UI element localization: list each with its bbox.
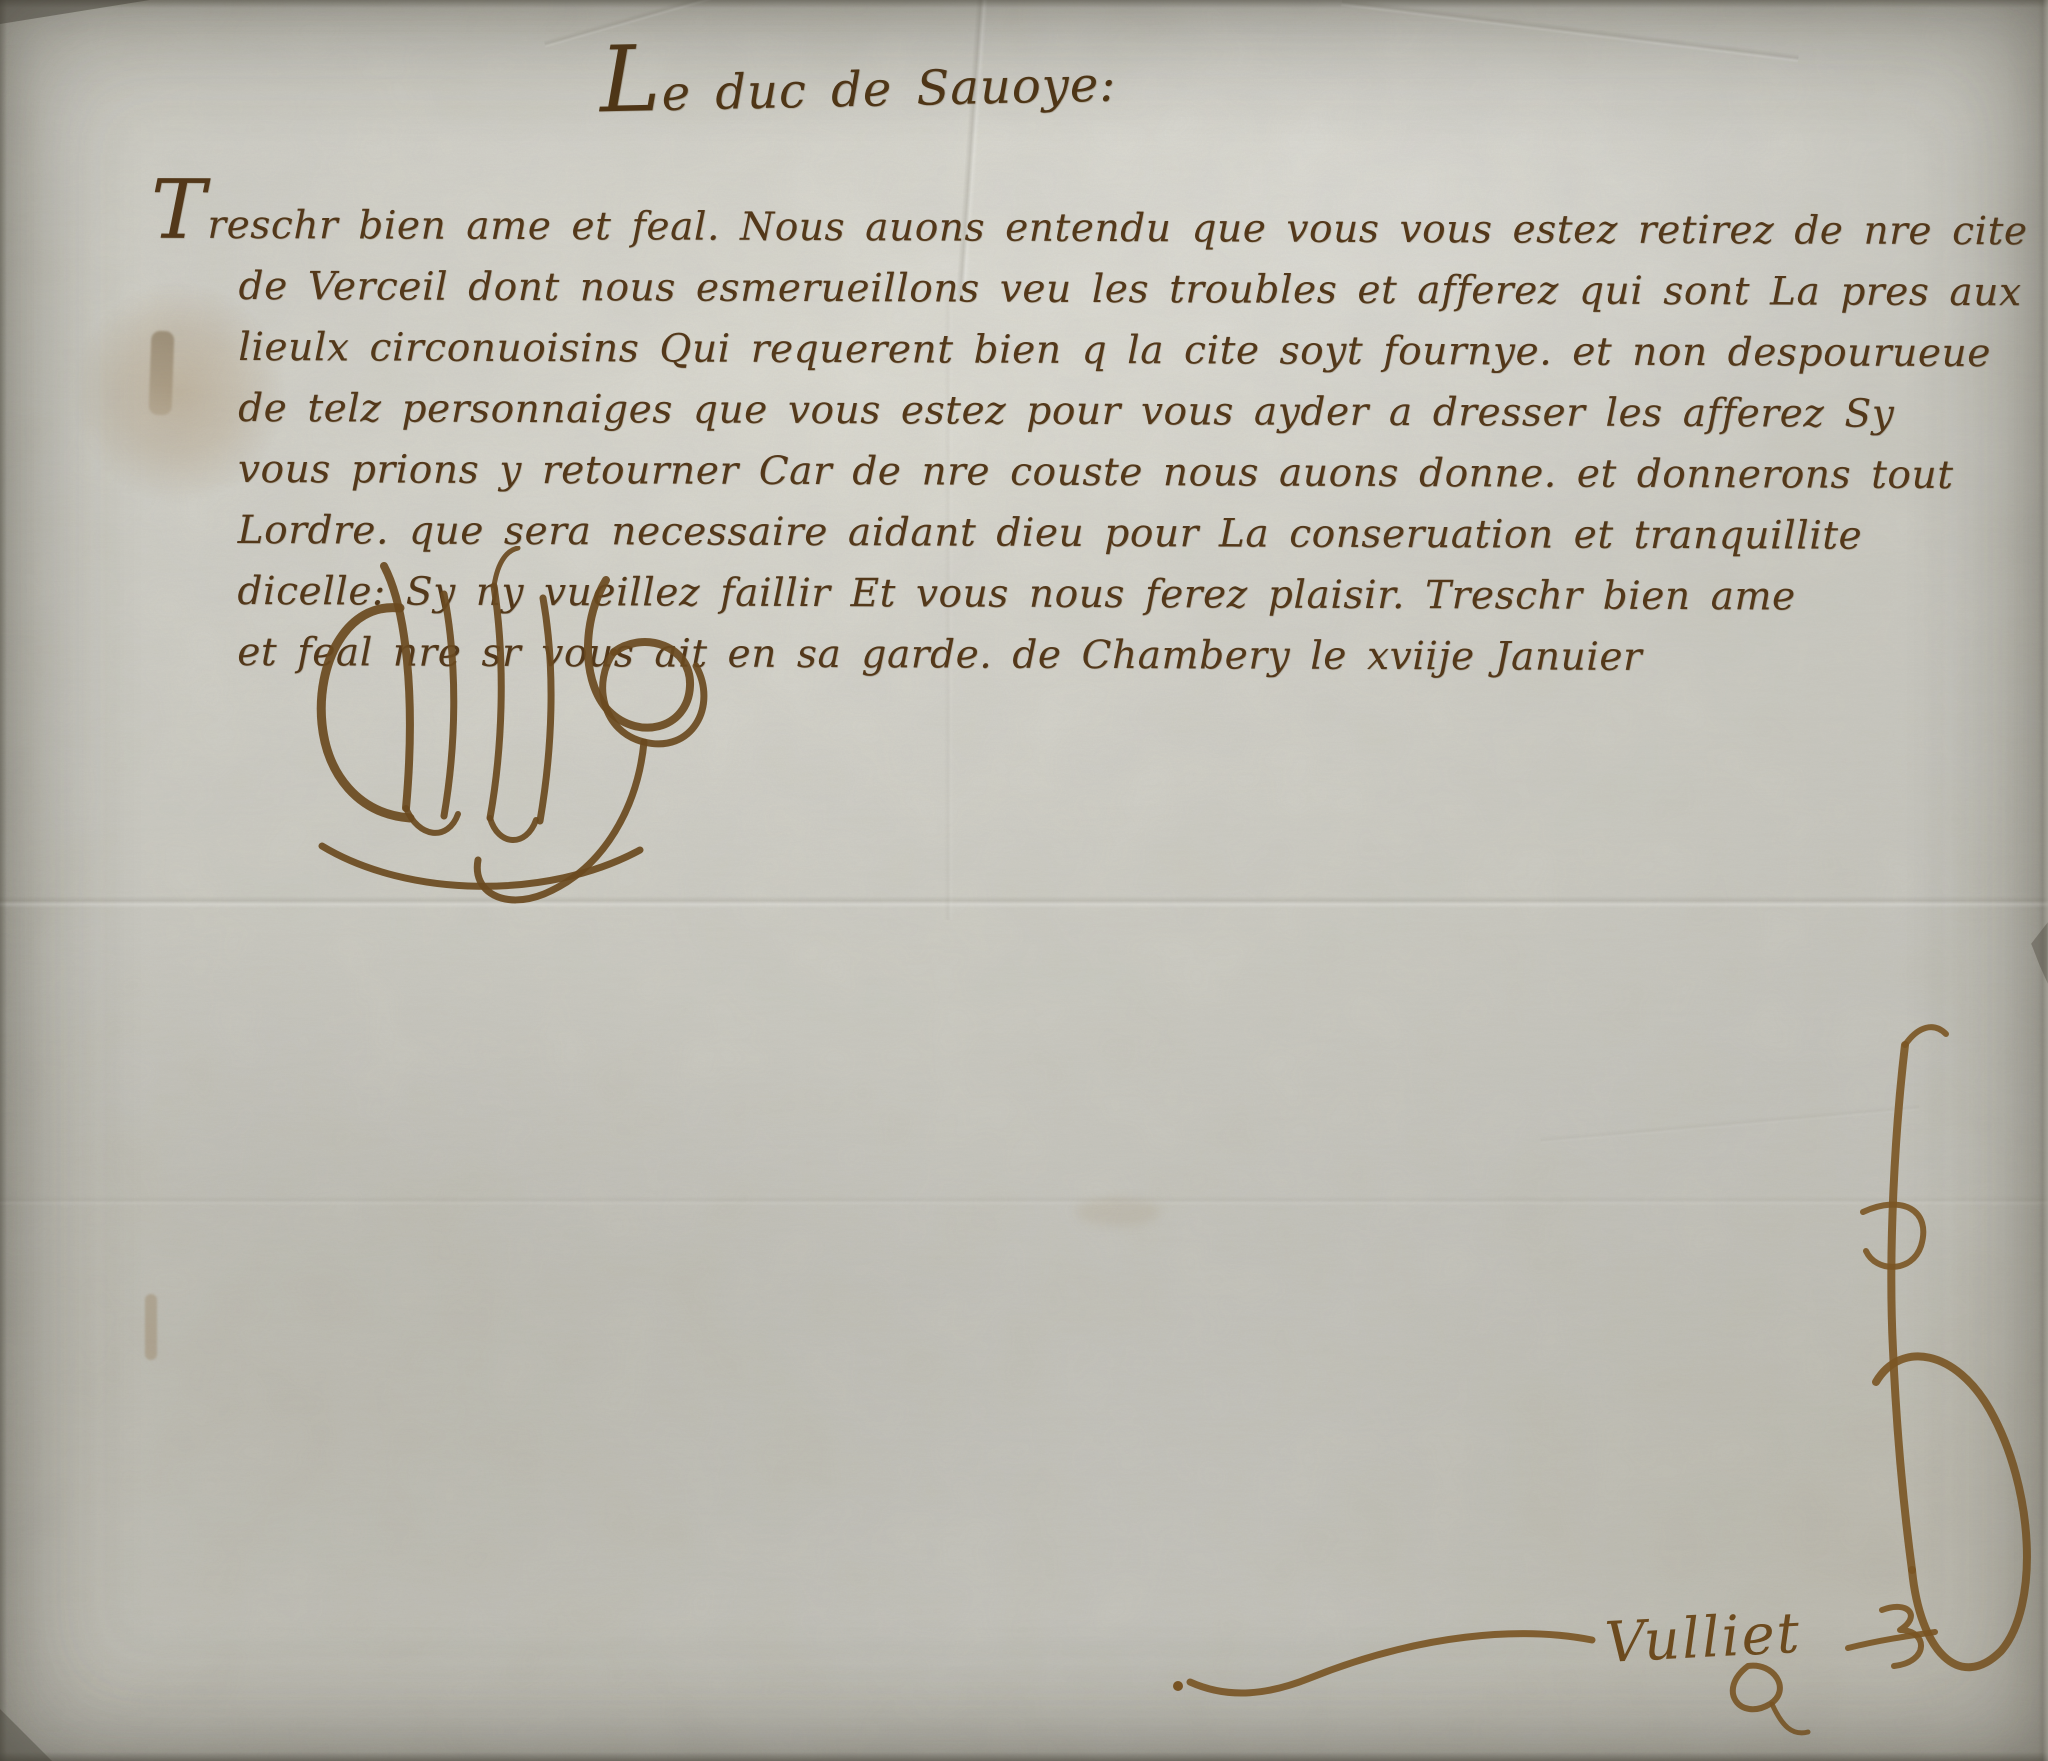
secretary-signature-name: Vulliet bbox=[1603, 1601, 1802, 1676]
paper-edge-top bbox=[0, 0, 2048, 8]
body-line-2: de Verceil dont nous esmerueillons veu l… bbox=[150, 258, 2040, 326]
paper-edge-bottom bbox=[0, 1752, 2048, 1761]
paraph-spine bbox=[1891, 1045, 1912, 1570]
manuscript-photo: Le duc de Sauoye: Treschr bien ame et fe… bbox=[0, 0, 2048, 1761]
body-line-5: vous prions y retourner Car de nre coust… bbox=[150, 441, 2040, 509]
signature-entry-stroke bbox=[1190, 1634, 1592, 1693]
ink-mark-bottom-left bbox=[145, 1294, 157, 1360]
secretary-signature: Vulliet bbox=[1160, 1010, 2048, 1740]
faint-smudge bbox=[1076, 1198, 1160, 1226]
body-line-1: Treschr bien ame et feal. Nous auons ent… bbox=[151, 197, 2041, 265]
ducal-signature bbox=[288, 546, 740, 922]
signature-ink-dot bbox=[1173, 1681, 1183, 1691]
paper-edge-left bbox=[0, 0, 7, 1761]
body-line-4: de telz personnaiges que vous estez pour… bbox=[150, 380, 2040, 448]
body-line-3: lieulx circonuoisins Qui requerent bien … bbox=[150, 319, 2040, 387]
